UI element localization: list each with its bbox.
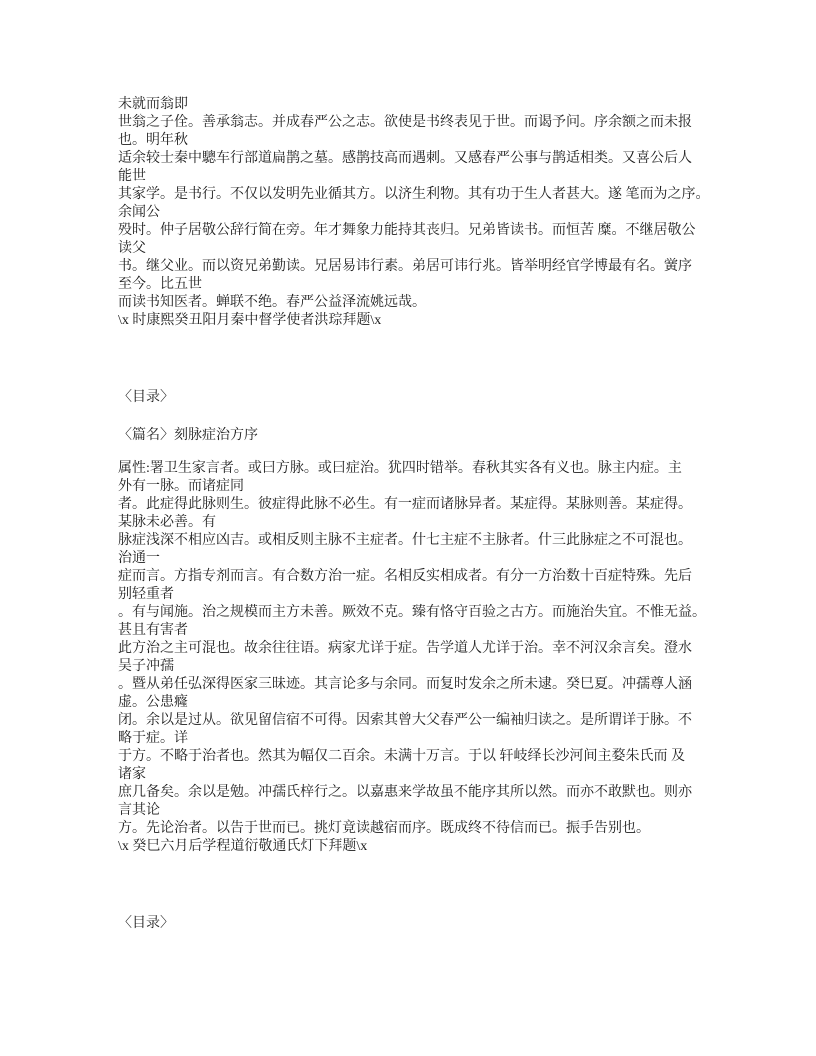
text-line: 某脉未必善。有 [118, 514, 722, 532]
text-line: \x 时康熙癸丑阳月秦中督学使者洪琮拜题\x [118, 312, 722, 330]
text-line: 未就而翁即 [118, 96, 722, 114]
toc-marker-bottom: 〈目录〉 [118, 915, 722, 933]
text-line: \x 癸巳六月后学程道衍敬通氏灯下拜题\x [118, 838, 722, 856]
text-line: 余闻公 [118, 204, 722, 222]
text-line: 也。明年秋 [118, 132, 722, 150]
preface-paragraph-first: 未就而翁即世翁之子佺。善承翁志。并成春严公之志。欲使是书终表见于世。而谒予问。序… [118, 96, 722, 330]
text-line: 治通一 [118, 550, 722, 568]
toc-marker-top: 〈目录〉 [118, 389, 722, 407]
text-line: 适余较士秦中驄车行部道扁鹊之墓。感鹊技高而遇刺。又感春严公事与鹊适相类。又喜公后… [118, 150, 722, 168]
text-line: 殁时。仲子居敬公辞行简在旁。年才舞象力能持其丧归。兄弟皆读书。而恒苦 糜。不继居… [118, 222, 722, 240]
document-page: 未就而翁即世翁之子佺。善承翁志。并成春严公之志。欲使是书终表见于世。而谒予问。序… [0, 0, 816, 1056]
text-line: 者。此症得此脉则生。彼症得此脉不必生。有一症而诸脉异者。某症得。某脉则善。某症得… [118, 496, 722, 514]
text-line: 属性:署卫生家言者。或曰方脉。或曰症治。犹四时错举。春秋其实各有义也。脉主内症。… [118, 460, 722, 478]
text-line: 读父 [118, 240, 722, 258]
text-line: 方。先论治者。以告于世而已。挑灯竟读越宿而序。既成终不待信而已。振手告别也。 [118, 820, 722, 838]
preface-paragraph-second: 属性:署卫生家言者。或曰方脉。或曰症治。犹四时错举。春秋其实各有义也。脉主内症。… [118, 460, 722, 856]
text-line: 诸家 [118, 766, 722, 784]
text-line: 虚。公患癃 [118, 694, 722, 712]
text-line: 闭。余以是过从。欲见留信宿不可得。因索其曾大父春严公一编袖归读之。是所谓详于脉。… [118, 712, 722, 730]
text-line: 症而言。方指专剂而言。有合数方治一症。名相反实相成者。有分一方治数十百症特殊。先… [118, 568, 722, 586]
text-line: 。有与闻施。治之规模而主方未善。厥效不克。臻有恪守百验之古方。而施治失宜。不惟无… [118, 604, 722, 622]
text-line: 庶几备矣。余以是勉。冲孺氏梓行之。以嘉惠来学故虽不能序其所以然。而亦不敢默也。则… [118, 784, 722, 802]
text-line: 别轻重者 [118, 586, 722, 604]
text-line: 于方。不略于治者也。然其为幅仅二百余。未满十万言。于以 轩岐绎长沙河间主婺朱氏而… [118, 748, 722, 766]
text-line: 其家学。是书行。不仅以发明先业循其方。以济生利物。其有功于生人者甚大。遂 笔而为… [118, 186, 722, 204]
text-line: 此方治之主可混也。故余往往语。病家尤详于症。告学道人尤详于治。幸不河汉余言矣。澄… [118, 640, 722, 658]
text-line: 言其论 [118, 802, 722, 820]
text-line: 甚且有害者 [118, 622, 722, 640]
text-line: 而读书知医者。蝉联不绝。春严公益泽流姚远哉。 [118, 294, 722, 312]
text-line: 脉症浅深不相应凶吉。或相反则主脉不主症者。什七主症不主脉者。什三此脉症之不可混也… [118, 532, 722, 550]
text-line: 外有一脉。而诸症同 [118, 478, 722, 496]
text-line: 能世 [118, 168, 722, 186]
text-line: 书。继父业。而以资兄弟勤读。兄居易讳行素。弟居可讳行兆。皆举明经官学博最有名。黉… [118, 258, 722, 276]
text-line: 至今。比五世 [118, 276, 722, 294]
text-line: 。暨从弟任弘深得医家三昧迹。其言论多与余同。而复时发余之所未逮。癸巳夏。冲孺尊人… [118, 676, 722, 694]
text-line: 吴子冲孺 [118, 658, 722, 676]
text-line: 世翁之子佺。善承翁志。并成春严公之志。欲使是书终表见于世。而谒予问。序余额之而未… [118, 114, 722, 132]
text-line: 略于症。详 [118, 730, 722, 748]
chapter-title: 〈篇名〉刻脉症治方序 [118, 427, 722, 445]
